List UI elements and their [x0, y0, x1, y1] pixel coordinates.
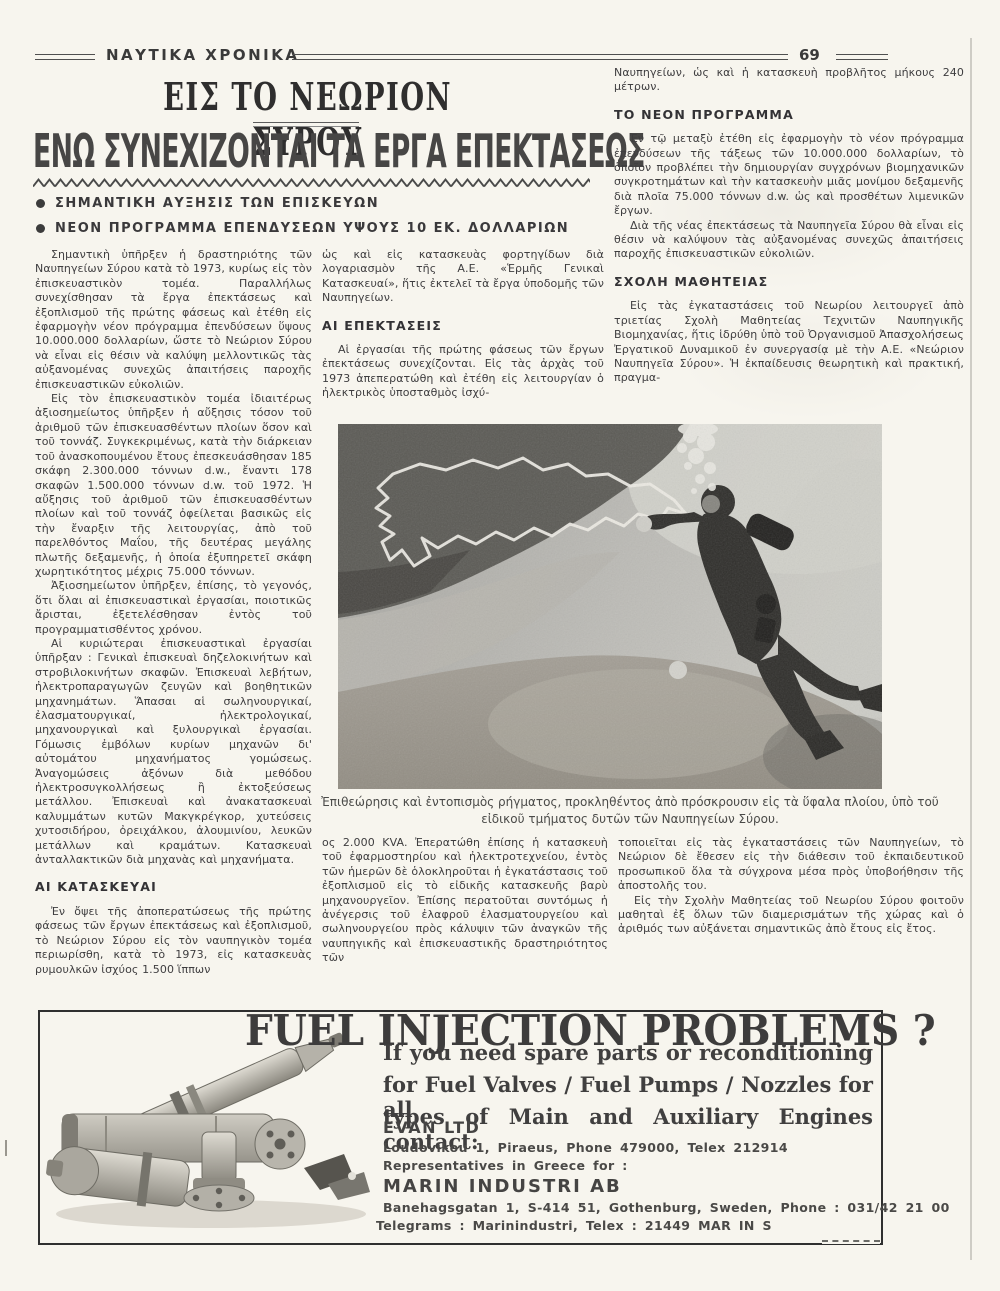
wavy-rule [33, 177, 590, 189]
masthead-title: ΝΑΥΤΙΚΑ ΧΡΟΝΙΚΑ [106, 46, 299, 64]
column-middle-continued: ος 2.000 KVA. Ἐπερατώθη ἐπίσης ἡ κατασκε… [322, 836, 608, 988]
paragraph: τοποιεῖται εἰς τὰς ἐγκαταστάσεις τῶν Ναυ… [618, 836, 964, 894]
paragraph: Αἱ κυριώτεραι ἐπισκευαστικαὶ ἐργασίαι ὑπ… [35, 637, 312, 868]
section-heading: ΣΧΟΛΗ ΜΑΘΗΤΕΙΑΣ [614, 275, 964, 289]
section-heading: ΤΟ ΝΕΟΝ ΠΡΟΓΡΑΜΜΑ [614, 108, 964, 122]
article-headline: ΕΝΩ ΣΥΝΕΧΙΖΟΝΤΑΙ ΤΑ ΕΡΓΑ ΕΠΕΚΤΑΣΕΩΣ [33, 124, 358, 178]
photo-caption: Ἐπιθεώρησις καὶ ἐντοπισμὸς ρήγματος, προ… [300, 794, 960, 828]
paragraph: Εἰς τὰς ἐγκαταστάσεις τοῦ Νεωρίου λειτου… [614, 299, 964, 385]
paragraph: Εἰς τὸν ἐπισκευαστικὸν τομέα ἰδιαιτέρως … [35, 392, 312, 579]
ad-marin-address: Banehagsgatan 1, S-414 51, Gothenburg, S… [383, 1200, 950, 1215]
ad-evan-address: Loudovikou 1, Piraeus, Phone 479000, Tel… [383, 1140, 788, 1155]
paragraph: Ἐν τῷ μεταξὺ ἐτέθη εἰς ἐφαρμογὴν τὸ νέον… [614, 132, 964, 218]
bullet-item: ΣΗΜΑΝΤΙΚΗ ΑΥΞΗΣΙΣ ΤΩΝ ΕΠΙΣΚΕΥΩΝ [36, 196, 379, 211]
ad-telegrams-line: Telegrams : Marinindustri, Telex : 21449… [376, 1218, 772, 1233]
page-number: 69 [799, 46, 820, 64]
bullet-dot-icon [36, 224, 45, 233]
paragraph: Ἐν ὄψει τῆς ἀποπερατώσεως τῆς πρώτης φάσ… [35, 905, 312, 977]
column-right-continued: τοποιεῖται εἰς τὰς ἐγκαταστάσεις τῶν Ναυ… [618, 836, 964, 988]
bullet-dot-icon [36, 199, 45, 208]
ad-representatives-line: Representatives in Greece for : [383, 1158, 628, 1173]
bullet-text: ΣΗΜΑΝΤΙΚΗ ΑΥΞΗΣΙΣ ΤΩΝ ΕΠΙΣΚΕΥΩΝ [55, 196, 379, 211]
masthead-rule-left [35, 54, 95, 60]
magazine-page: ΝΑΥΤΙΚΑ ΧΡΟΝΙΚΑ 69 ΕΙΣ ΤΟ ΝΕΩΡΙΟΝ ΣΥΡΟΥ … [0, 0, 1000, 1291]
ad-border-dashes [822, 1240, 880, 1244]
masthead-rule-right [836, 54, 888, 60]
diver-photo-illustration [338, 424, 882, 789]
diver-photo [338, 424, 882, 789]
fuel-injection-parts-photo [46, 1026, 374, 1238]
ad-company-evan: EVAN LTD [383, 1118, 480, 1137]
column-middle: ὡς καὶ εἰς κατασκευὰς φορτηγίδων διὰ λογ… [322, 248, 604, 420]
paragraph: Διὰ τῆς νέας ἐπεκτάσεως τὰ Ναυπηγεῖα Σύρ… [614, 219, 964, 262]
paragraph: Αἱ ἐργασίαι τῆς πρώτης φάσεως τῶν ἔργων … [322, 343, 604, 401]
ad-company-marin: MARIN INDUSTRI AB [383, 1176, 622, 1197]
paragraph: Ἀξιοσημείωτον ὑπῆρξεν, ἐπίσης, τὸ γεγονό… [35, 579, 312, 637]
paragraph: ος 2.000 KVA. Ἐπερατώθη ἐπίσης ἡ κατασκε… [322, 836, 608, 966]
paragraph: ὡς καὶ εἰς κατασκευὰς φορτηγίδων διὰ λογ… [322, 248, 604, 306]
section-heading: ΑΙ ΚΑΤΑΣΚΕΥΑΙ [35, 880, 312, 894]
paragraph: Εἰς τὴν Σχολὴν Μαθητείας τοῦ Νεωρίου Σύρ… [618, 894, 964, 937]
paragraph: Σημαντικὴ ὑπῆρξεν ἡ δραστηριότης τῶν Ναυ… [35, 248, 312, 392]
paragraph: Ναυπηγείων, ὡς καὶ ἡ κατασκευὴ προβλῆτος… [614, 66, 964, 95]
section-heading: ΑΙ ΕΠΕΚΤΑΣΕΙΣ [322, 319, 604, 333]
scan-artifact-mark [5, 1140, 7, 1156]
page-edge-rule [970, 38, 972, 1260]
column-left: Σημαντικὴ ὑπῆρξεν ἡ δραστηριότης τῶν Ναυ… [35, 248, 312, 988]
bullet-item: ΝΕΟΝ ΠΡΟΓΡΑΜΜΑ ΕΠΕΝΔΥΣΕΩΝ ΥΨΟΥΣ 10 ΕΚ. Δ… [36, 221, 569, 236]
column-right: Ναυπηγείων, ὡς καὶ ἡ κατασκευὴ προβλῆτος… [614, 66, 964, 422]
bullet-text: ΝΕΟΝ ΠΡΟΓΡΑΜΜΑ ΕΠΕΝΔΥΣΕΩΝ ΥΨΟΥΣ 10 ΕΚ. Δ… [55, 221, 569, 236]
masthead-rule-middle [292, 54, 788, 60]
